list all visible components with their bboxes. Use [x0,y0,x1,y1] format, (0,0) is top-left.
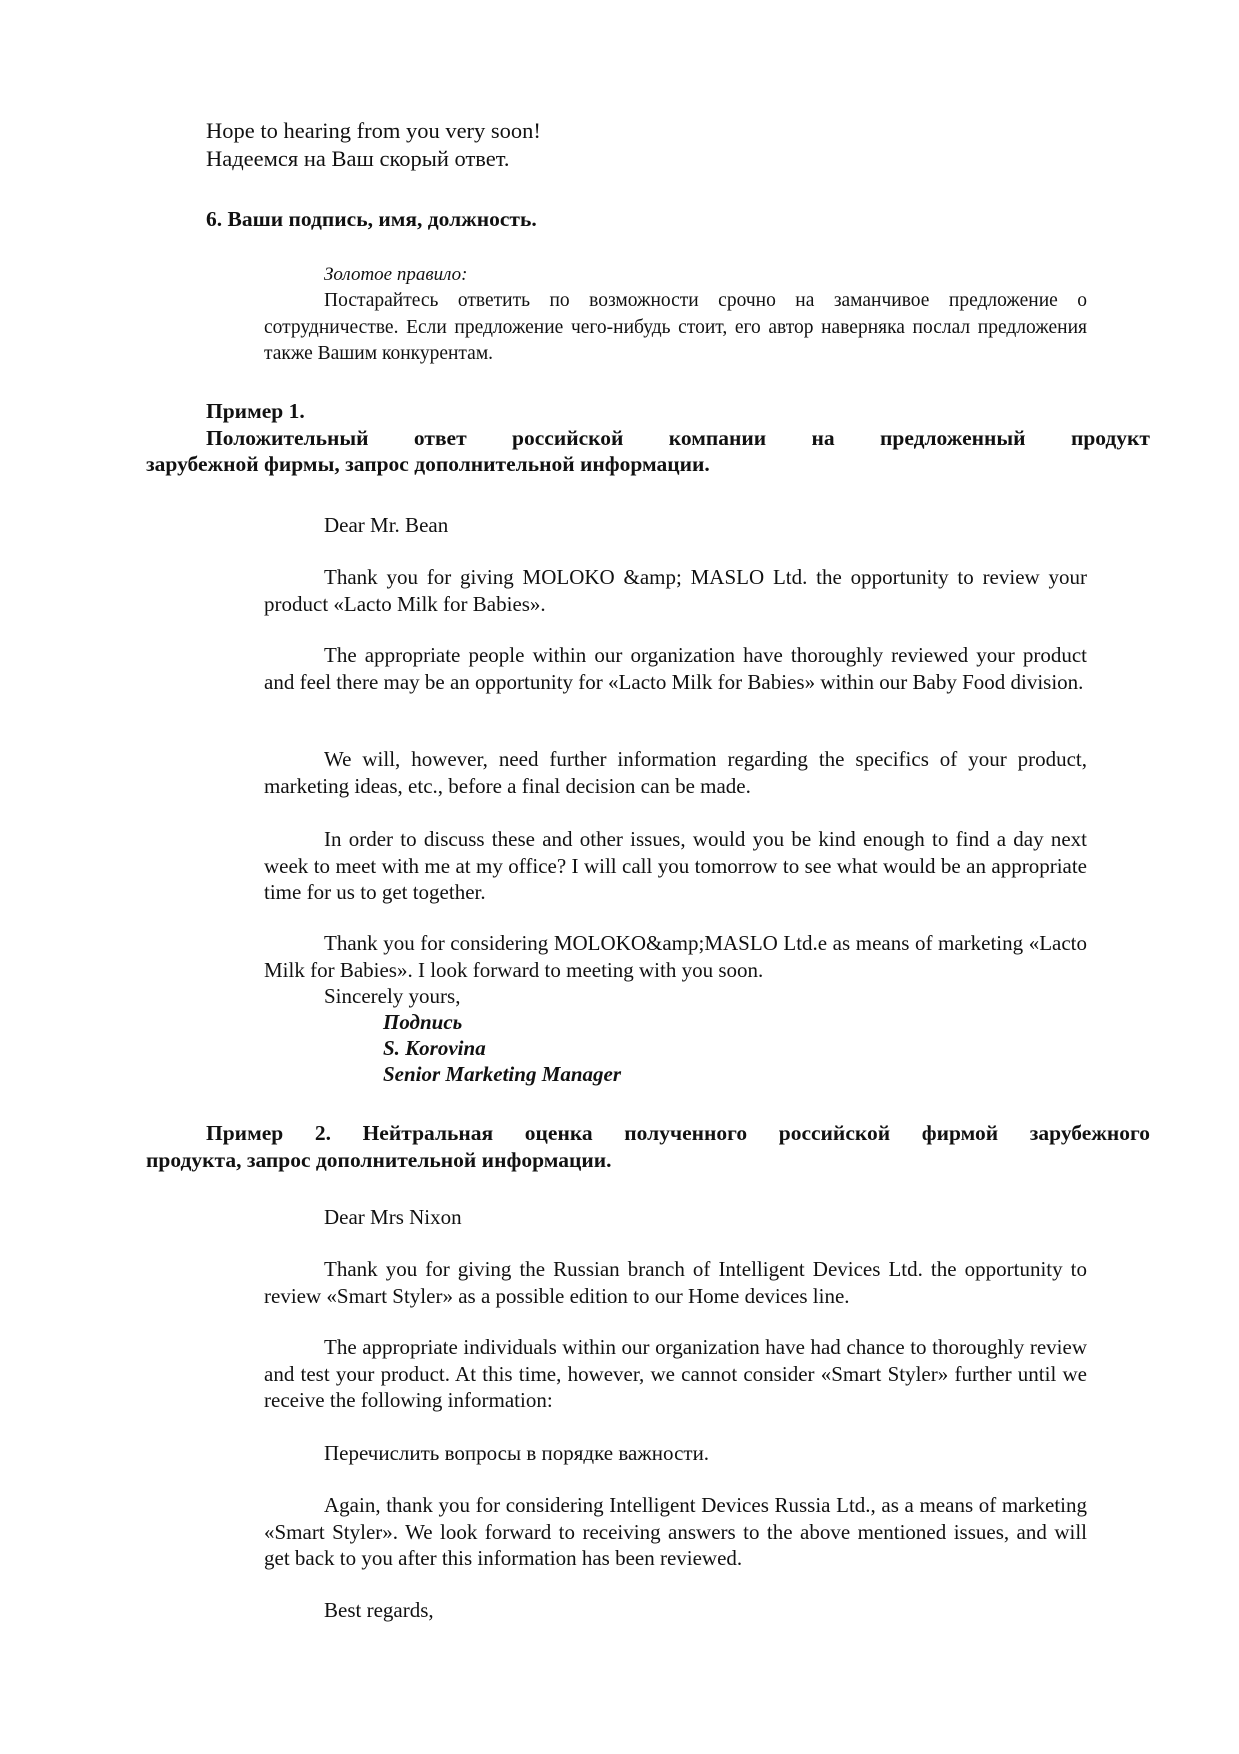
example1-paragraph: We will, however, need further informati… [264,746,1087,799]
example2-title-line1: Пример 2. Нейтральная оценка полученного… [206,1120,1150,1147]
example2-closing: Best regards, [324,1597,434,1624]
closing-phrase-russian: Надеемся на Ваш скорый ответ. [206,146,510,172]
example1-paragraph: In order to discuss these and other issu… [264,826,1087,906]
example1-signer-position: Senior Marketing Manager [383,1061,621,1088]
example1-subtitle-line2: зарубежной фирмы, запрос дополнительной … [146,451,710,478]
example1-signer-name: S. Korovina [383,1035,486,1062]
example2-paragraph: The appropriate individuals within our o… [264,1334,1087,1414]
example2-questions-placeholder: Перечислить вопросы в порядке важности. [324,1440,709,1467]
example1-paragraph: Thank you for giving MOLOKO &amp; MASLO … [264,564,1087,617]
example2-paragraph: Thank you for giving the Russian branch … [264,1256,1087,1309]
example1-salutation: Dear Mr. Bean [324,512,448,539]
example1-title: Пример 1. [206,398,305,425]
example2-title-line2: продукта, запрос дополнительной информац… [146,1147,612,1174]
example1-paragraph: The appropriate people within our organi… [264,642,1087,695]
closing-phrase-english: Hope to hearing from you very soon! [206,118,541,144]
example1-closing: Sincerely yours, [324,983,460,1010]
section-heading: 6. Ваши подпись, имя, должность. [206,206,537,233]
golden-rule-label: Золотое правило: [324,262,467,289]
example2-paragraph: Again, thank you for considering Intelli… [264,1492,1087,1572]
example1-signature: Подпись [383,1009,462,1036]
example2-salutation: Dear Mrs Nixon [324,1204,462,1231]
golden-rule-text: Постарайтесь ответить по возможности сро… [264,288,1087,368]
example1-paragraph: Thank you for considering MOLOKO&amp;MAS… [264,930,1087,983]
example1-subtitle-line1: Положительный ответ российской компании … [206,425,1150,452]
